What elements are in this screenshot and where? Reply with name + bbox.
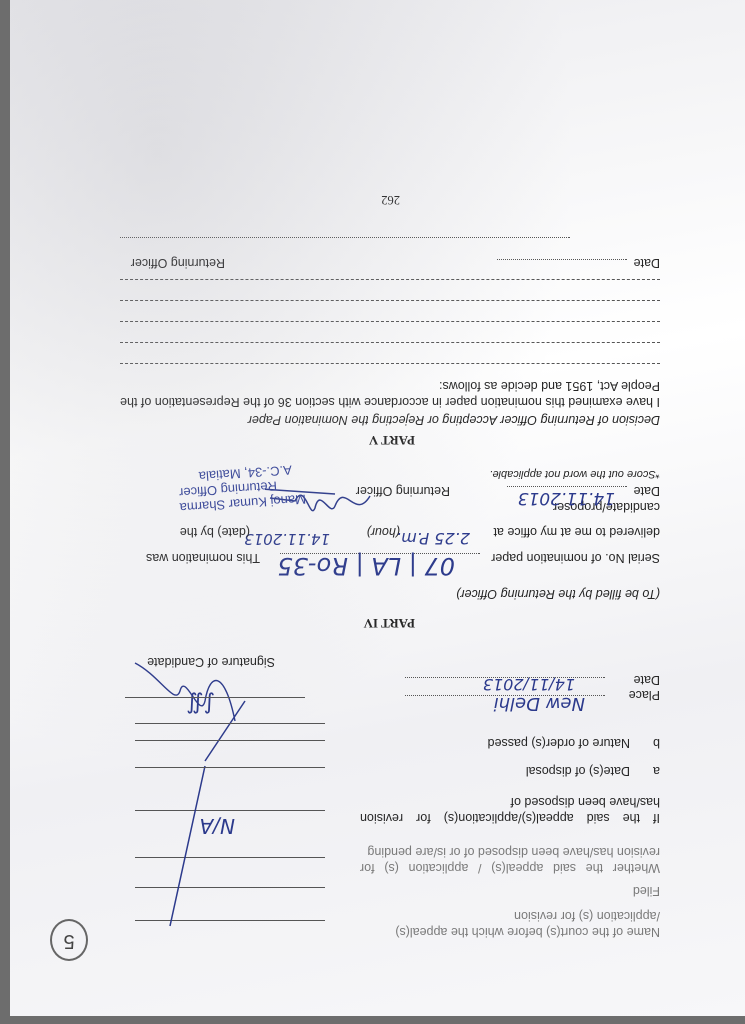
circled-page-mark: 5 xyxy=(50,919,88,961)
part-v-title: PART V xyxy=(369,432,415,448)
part-iv-date-label: Date xyxy=(634,483,660,499)
part-v-body: I have examined this nomination paper in… xyxy=(120,378,660,410)
candidate-signature-scribble xyxy=(130,661,240,731)
q4b-nature-of-order: Nature of order(s) passed xyxy=(488,735,630,751)
decision-line-4 xyxy=(120,300,660,301)
place-line xyxy=(405,695,605,696)
signature-of-candidate-label: Signature of Candidate xyxy=(147,654,275,670)
question-whether-disposed: Whether the said appeal(s) / application… xyxy=(360,844,660,876)
delivered-text: delivered to me at my office at xyxy=(493,524,660,540)
page-number: 262 xyxy=(381,192,400,208)
nomination-paper-sheet: 5 Name of the court(s) before which the … xyxy=(10,0,745,1016)
part-iv-date-line xyxy=(507,486,627,487)
q4a-date-of-disposal: Date(s) of disposal xyxy=(526,763,630,779)
answer-line-date-disposal xyxy=(135,767,325,768)
place-label: Place xyxy=(629,687,660,703)
part-v-date-line xyxy=(497,259,627,260)
question-filed: Filed xyxy=(633,883,660,899)
part-iv-title: PART IV xyxy=(364,615,415,631)
part-iv-subtitle: (To be filled by the Returning Officer) xyxy=(456,586,660,602)
decision-line-1 xyxy=(120,363,660,364)
decision-line-3 xyxy=(120,321,660,322)
q4a-label: a xyxy=(653,763,660,779)
date-suffix: (date) by the xyxy=(180,524,250,540)
serial-no-value: 07 | LA | Ro-35 xyxy=(277,552,455,580)
hour-label: (hour) xyxy=(367,524,400,540)
q4b-label: b xyxy=(653,735,660,751)
answer-line-nature xyxy=(135,740,325,741)
perforation-line xyxy=(120,237,570,238)
question-if-disposed: If the said appeal(s)/application(s) for… xyxy=(360,794,660,826)
delivered-date-value: 14.11.2013 xyxy=(244,530,330,548)
date-label: Date xyxy=(634,672,660,688)
decision-line-2 xyxy=(120,342,660,343)
date-line xyxy=(405,677,605,678)
part-iv-signed-date: 14.11.2013 xyxy=(518,488,615,508)
footnote: *Score out the word not applicable. xyxy=(489,466,660,482)
hour-value: 2.25 P.m. xyxy=(396,529,470,548)
part-v-returning-officer: Returning Officer xyxy=(131,255,225,271)
handwritten-strike-line xyxy=(145,696,265,936)
question-court-name: Name of the court(s) before which the ap… xyxy=(360,908,660,940)
serial-no-label: Serial No. of nomination paper xyxy=(491,550,660,566)
nomination-was-text: This nomination was xyxy=(146,550,260,566)
place-value: New Delhi xyxy=(494,693,585,714)
returning-officer-stamp: Manoj Kumar Sharma Returning Officer A.C… xyxy=(177,462,306,516)
part-v-heading: Decision of Returning Officer Accepting … xyxy=(248,412,660,428)
part-v-date-label: Date xyxy=(634,255,660,271)
signature-line xyxy=(125,697,305,698)
decision-line-5 xyxy=(120,279,660,280)
